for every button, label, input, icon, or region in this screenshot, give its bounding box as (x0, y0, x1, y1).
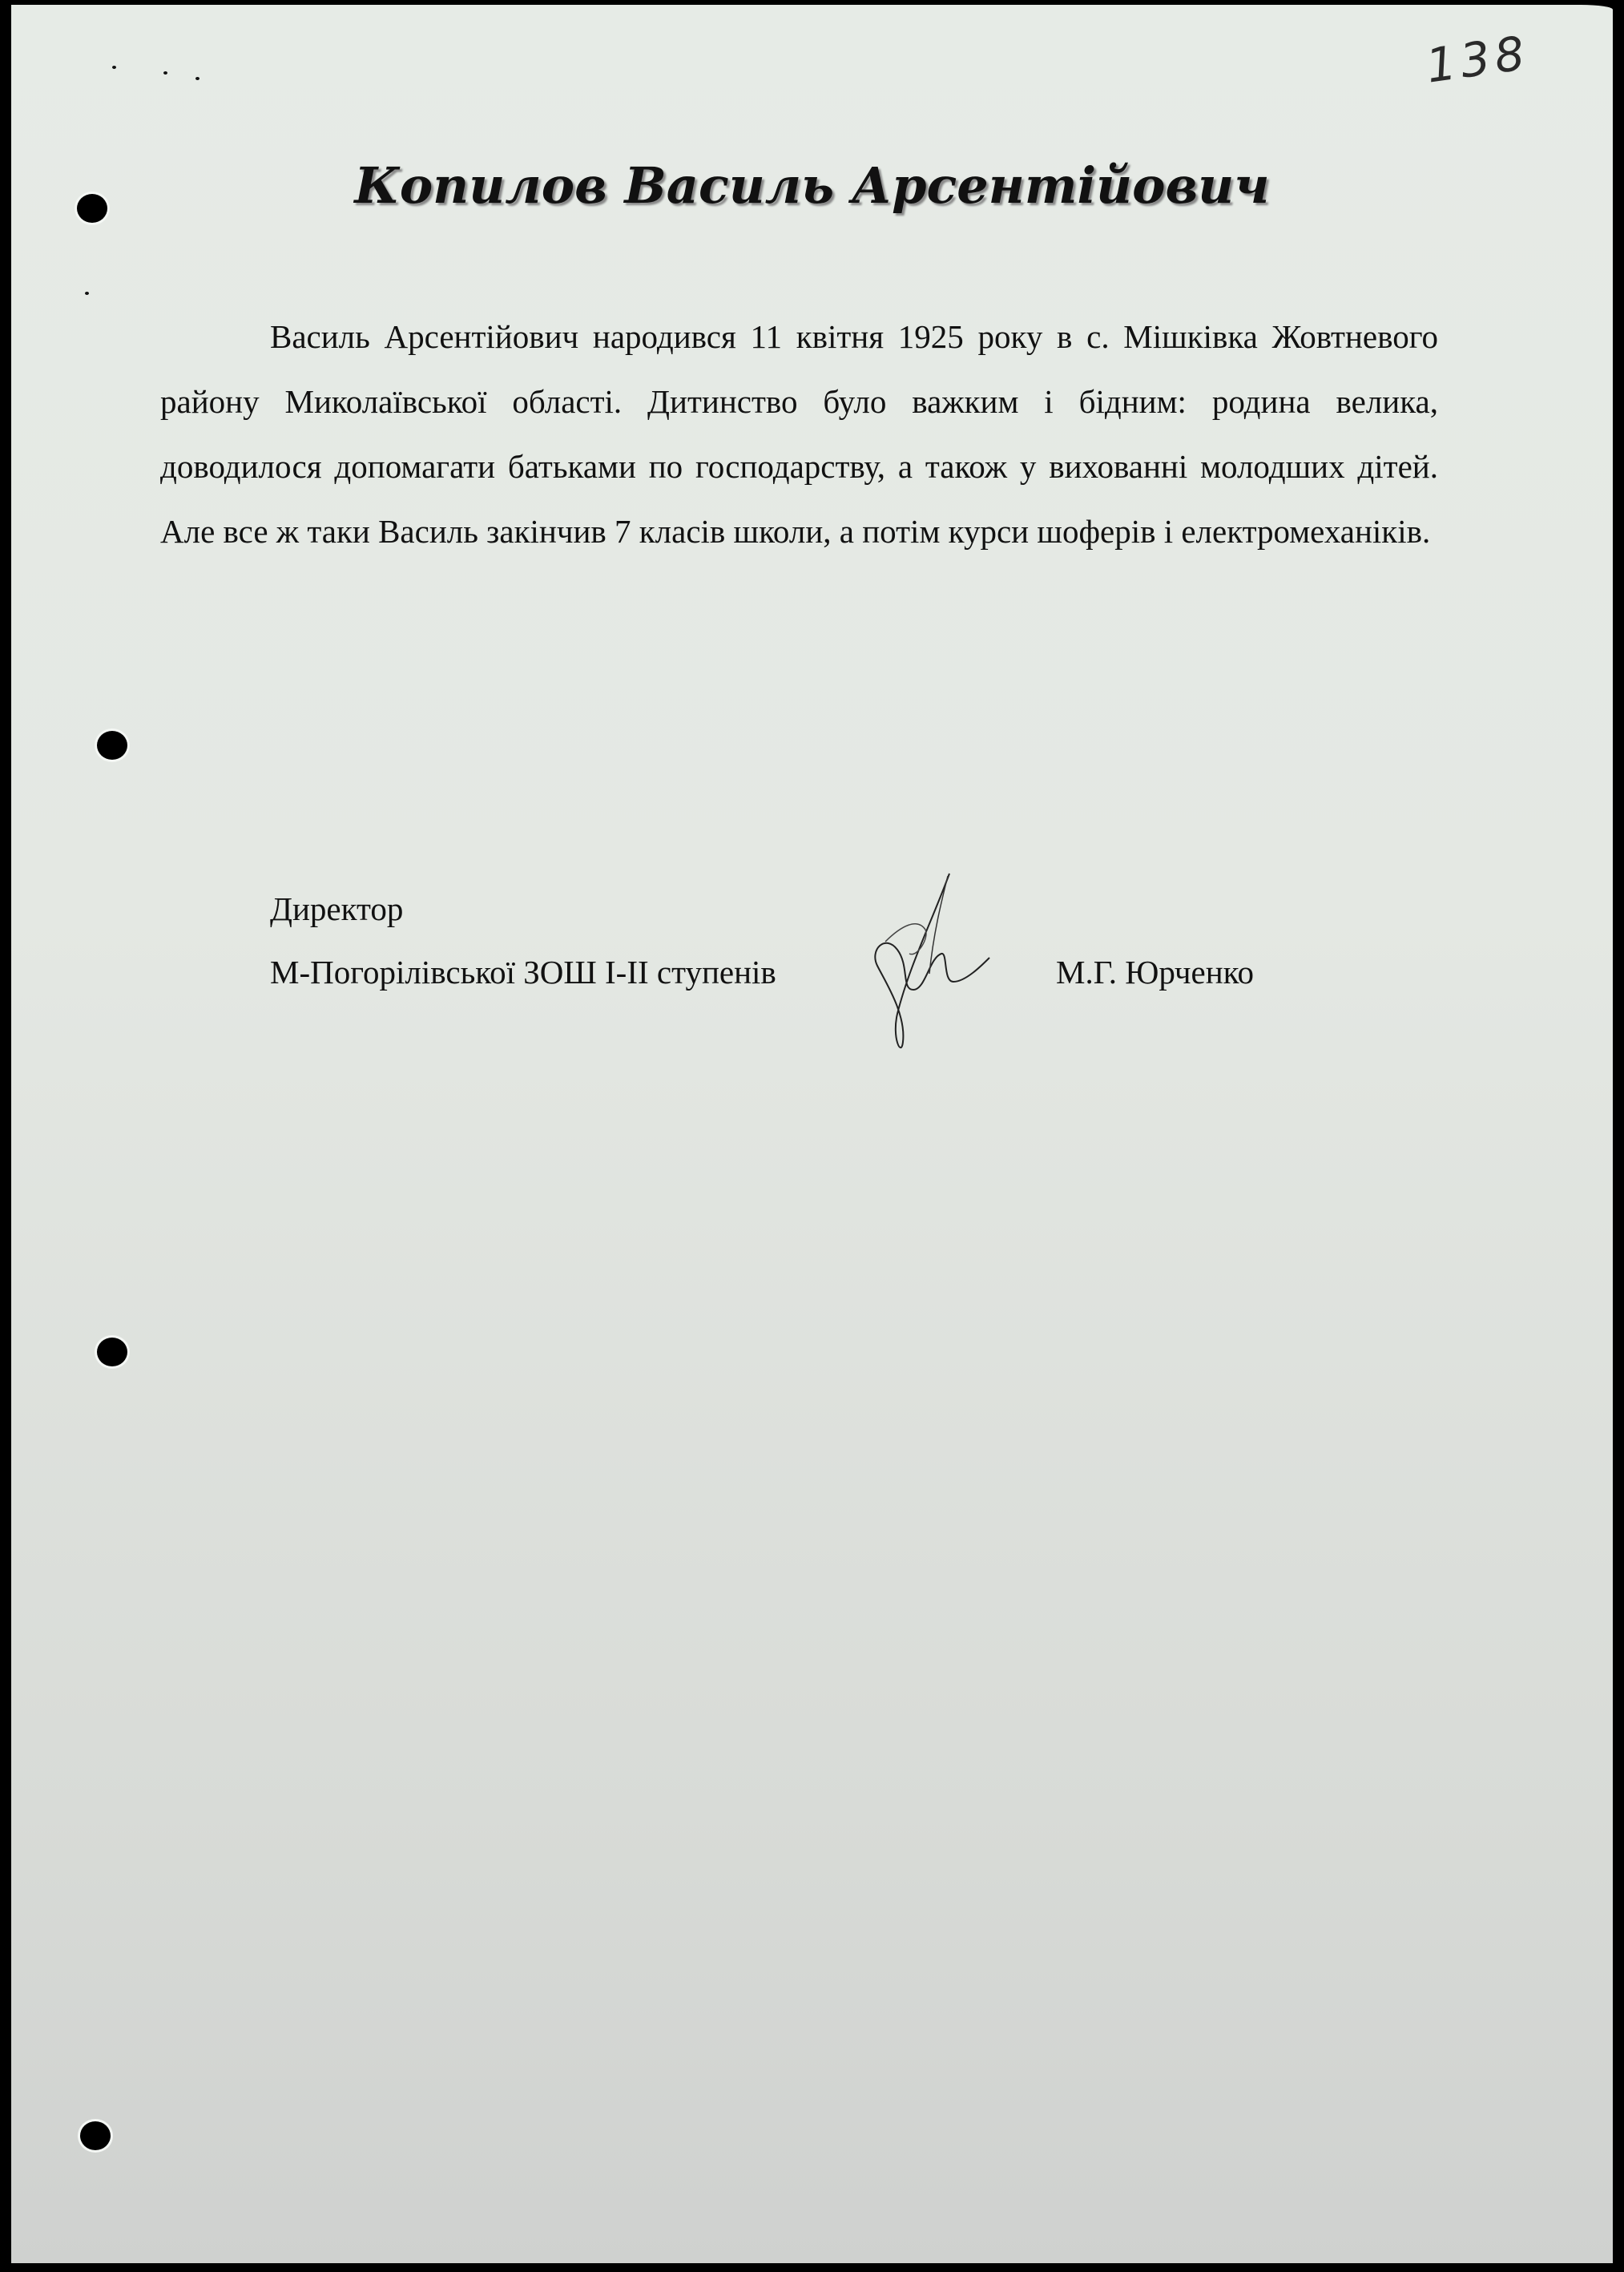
speck-mark (163, 71, 167, 75)
signer-name: М.Г. Юрченко (1056, 941, 1254, 1004)
punch-hole (80, 2121, 111, 2150)
biography-paragraph: Василь Арсентійович народився 11 квітня … (160, 305, 1438, 564)
signer-institution: М-Погорілівської ЗОШ І-ІІ ступенів (270, 941, 776, 1004)
handwritten-signature-icon (853, 870, 1013, 1062)
signer-position: Директор (270, 878, 776, 941)
signature-block: Директор М-Погорілівської ЗОШ І-ІІ ступе… (270, 878, 776, 1004)
punch-hole (97, 731, 127, 760)
speck-mark (195, 77, 199, 80)
punch-hole (97, 1338, 127, 1366)
speck-mark (112, 66, 116, 69)
document-title: Копилов Василь Арсентійович (0, 156, 1624, 215)
speck-mark (85, 292, 89, 295)
